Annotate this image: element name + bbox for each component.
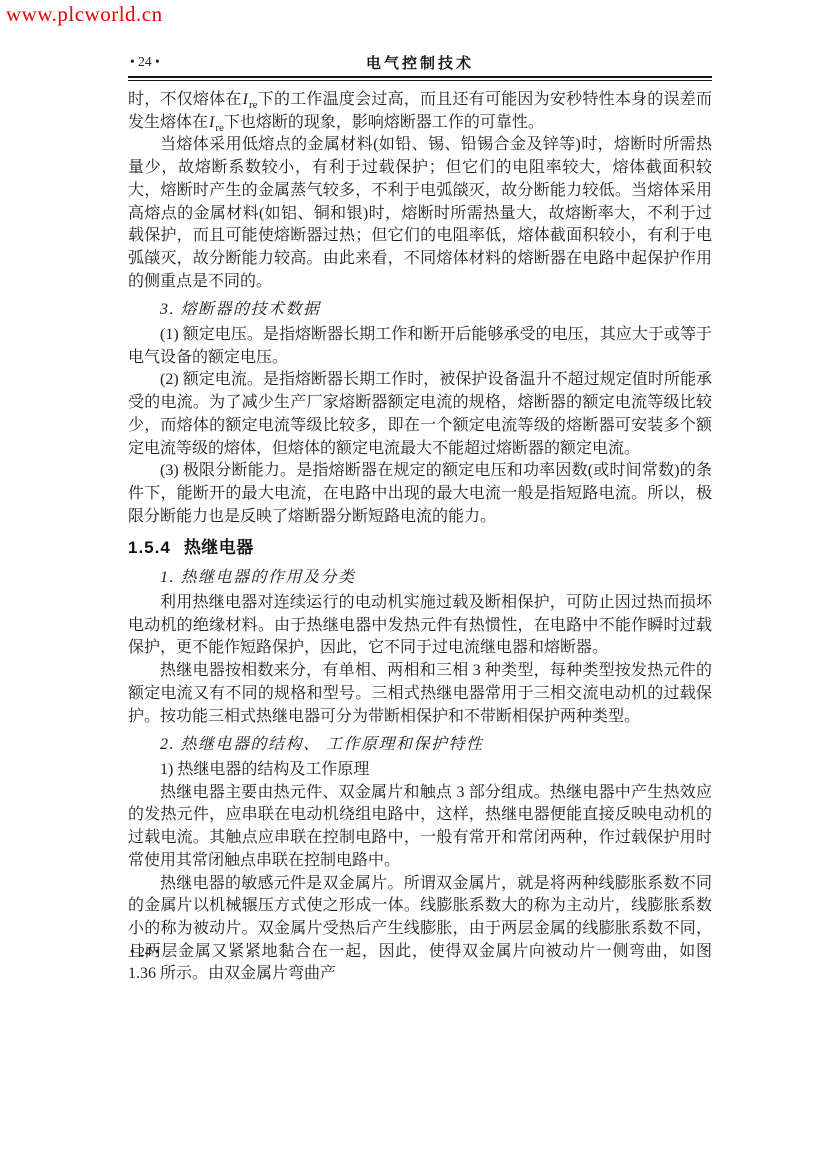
- paragraph: 利用热继电器对连续运行的电动机实施过载及断相保护，可防止因过热而损坏电动机的绝缘…: [128, 592, 712, 660]
- paragraph: 当熔体采用低熔点的金属材料(如铅、锡、铅锡合金及锌等)时，熔断时所需热量少，故熔…: [128, 134, 712, 293]
- header-book-title: 电气控制技术: [128, 52, 712, 73]
- watermark-text: www.plcworld.cn: [6, 2, 163, 27]
- paragraph: 热继电器主要由热元件、双金属片和触点 3 部分组成。热继电器中产生热效应的发热元…: [128, 782, 712, 873]
- section-number: 1.5.4: [128, 538, 171, 557]
- paragraph: (1) 额定电压。是指熔断器长期工作和断开后能够承受的电压，其应大于或等于电气设…: [128, 324, 712, 369]
- section-title: 热继电器: [184, 538, 254, 557]
- paragraph: 1) 热继电器的结构及工作原理: [128, 759, 712, 782]
- paragraph: 时，不仅熔体在Ire下的工作温度会过高，而且还有可能因为安秒特性本身的误差而发生…: [128, 89, 712, 134]
- variable-symbol: I: [243, 91, 248, 108]
- subheading: 2. 热继电器的结构、 工作原理和保护特性: [128, 734, 712, 757]
- subheading: 3. 熔断器的技术数据: [128, 299, 712, 322]
- header-page-number: • 24 •: [130, 54, 160, 70]
- page-header: • 24 • 电气控制技术: [128, 52, 712, 72]
- paragraph: (2) 额定电流。是指熔断器长期工作时，被保护设备温升不超过规定值时所能承受的电…: [128, 369, 712, 460]
- document-body: 时，不仅熔体在Ire下的工作温度会过高，而且还有可能因为安秒特性本身的误差而发生…: [128, 89, 712, 986]
- variable-subscript: re: [215, 122, 224, 134]
- variable-symbol: I: [209, 114, 214, 131]
- section-heading: 1.5.4热继电器: [128, 535, 712, 561]
- paragraph: (3) 极限分断能力。是指熔断器在规定的额定电压和功率因数(或时间常数)的条件下…: [128, 460, 712, 528]
- document-page: www.plcworld.cn • 24 • 电气控制技术 时，不仅熔体在Ire…: [0, 0, 826, 1169]
- header-rule: [128, 76, 712, 81]
- subheading: 1. 热继电器的作用及分类: [128, 567, 712, 590]
- paragraph: 热继电器的敏感元件是双金属片。所谓双金属片，就是将两种线膨胀系数不同的金属片以机…: [128, 873, 712, 987]
- page-content: • 24 • 电气控制技术 时，不仅熔体在Ire下的工作温度会过高，而且还有可能…: [128, 52, 712, 986]
- footer-page-number: • 24 •: [130, 944, 160, 960]
- variable-subscript: re: [249, 99, 258, 111]
- paragraph: 热继电器按相数来分，有单相、两相和三相 3 种类型，每种类型按发热元件的额定电流…: [128, 660, 712, 728]
